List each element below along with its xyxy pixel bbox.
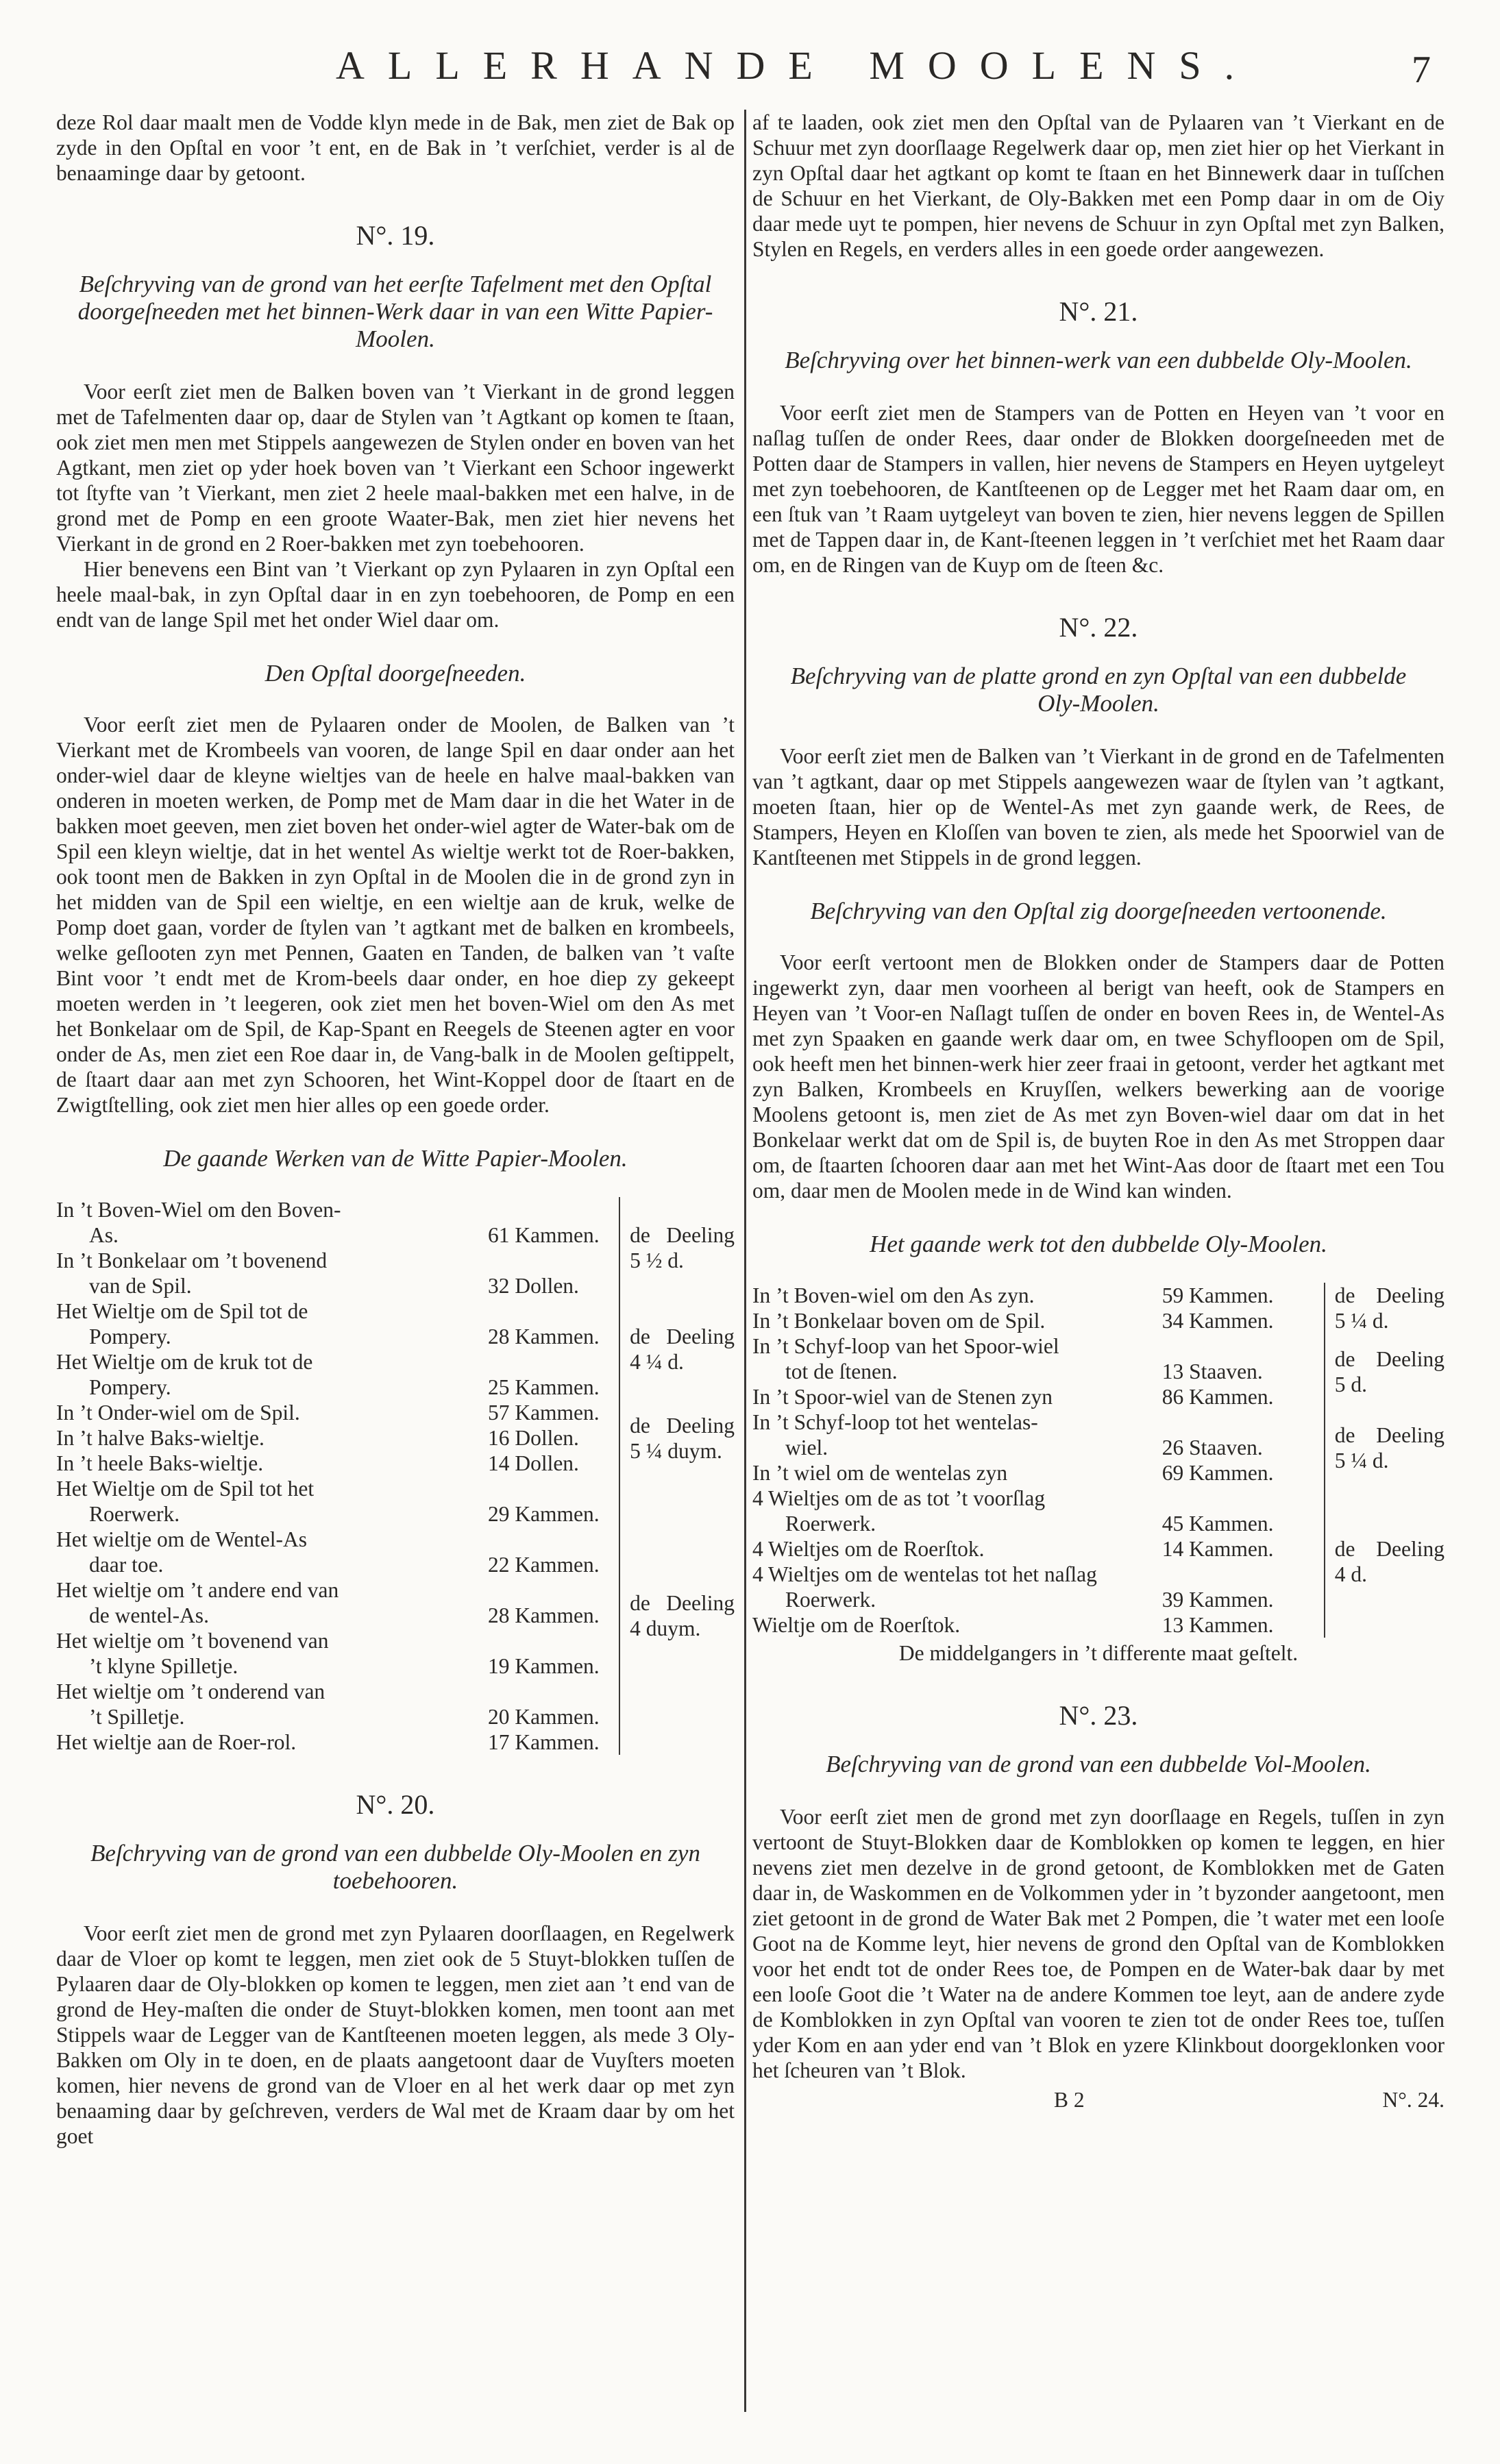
gear-desc: Het wieltje om ’t andere end van <box>56 1578 339 1602</box>
paragraph: Hier benevens een Bint van ’t Vierkant o… <box>56 556 735 632</box>
gear-row: Het Wieltje om de Spil tot dePompery. 28… <box>56 1298 735 1349</box>
gear-desc: In ’t Boven-wiel om den As zyn. <box>752 1283 1034 1307</box>
gear-count: 14 Kammen. <box>1162 1536 1303 1562</box>
page-number: 7 <box>1412 48 1431 92</box>
gear-desc-cont: Roerwerk. <box>56 1501 488 1527</box>
gear-desc-cont: wiel. <box>752 1435 1162 1460</box>
gear-count: 19 Kammen. <box>488 1628 600 1679</box>
brace <box>1303 1283 1325 1333</box>
gear-count: 57 Kammen. <box>488 1400 600 1425</box>
paragraph: Voor eerſt ziet men de Balken van ’t Vie… <box>752 743 1444 870</box>
gear-note: De middelgangers in ’t differente maat g… <box>752 1640 1444 1666</box>
page-footer: B 2 N°. 24. <box>752 2087 1444 2121</box>
catchword: N°. 24. <box>1383 2087 1444 2112</box>
gear-division: de Deeling 4 duym. <box>619 1476 735 1755</box>
section-heading-19: Beſchryving van de grond van het eerſte … <box>77 271 714 353</box>
subheading-opstal: Beſchryving van den Opſtal zig doorgeſne… <box>752 898 1444 925</box>
paragraph: Voor eerſt ziet men de Stampers van de P… <box>752 400 1444 578</box>
brace <box>600 1476 619 1755</box>
running-title: ALLERHANDE MOOLENS. <box>336 42 1257 88</box>
paragraph: Voor eerſt vertoont men de Blokken onder… <box>752 950 1444 1203</box>
gear-row: 4 Wieltjes om de as tot ’t voorſlagRoerw… <box>752 1486 1444 1536</box>
gear-desc-cont: As. <box>56 1222 488 1248</box>
gear-desc: Het wieltje om ’t bovenend van <box>56 1629 328 1653</box>
gear-desc: In ’t wiel om de wentelas zyn <box>752 1461 1007 1485</box>
paragraph: Voor eerſt ziet men de Balken boven van … <box>56 379 735 556</box>
gear-desc: In ’t heele Baks-wieltje. <box>56 1451 263 1475</box>
gear-desc: Het wieltje om ’t onderend van <box>56 1679 325 1703</box>
running-head: ALLERHANDE MOOLENS. 7 <box>0 42 1500 90</box>
gear-count: 28 Kammen. <box>488 1298 600 1349</box>
section-number-23: N°. 23. <box>752 1699 1444 1733</box>
gear-row: In ’t Schyf-loop van het Spoor-wieltot d… <box>752 1333 1444 1384</box>
gear-desc-cont: Pompery. <box>56 1324 488 1349</box>
section-number-19: N°. 19. <box>56 219 735 253</box>
gear-count: 69 Kammen. <box>1162 1460 1303 1486</box>
gear-division: de Deeling 4 d. <box>1325 1486 1444 1638</box>
gear-desc: In ’t Bonkelaar boven om de Spil. <box>752 1309 1045 1333</box>
section-number-21: N°. 21. <box>752 295 1444 329</box>
subheading-opstal: Den Opſtal doorgeſneeden. <box>56 660 735 687</box>
gear-desc-cont: Roerwerk. <box>752 1587 1162 1612</box>
intro-paragraph: deze Rol daar maalt men de Vodde klyn me… <box>56 110 735 186</box>
gear-count: 39 Kammen. <box>1162 1562 1303 1612</box>
gear-count: 14 Dollen. <box>488 1451 600 1476</box>
gear-count: 22 Kammen. <box>488 1527 600 1577</box>
gear-count: 13 Staaven. <box>1162 1333 1303 1384</box>
column-divider <box>744 110 746 2412</box>
paragraph: Voor eerſt ziet men de grond met zyn doo… <box>752 1804 1444 2083</box>
gear-desc: In ’t Schyf-loop van het Spoor-wiel <box>752 1334 1059 1358</box>
gear-desc: In ’t Boven-Wiel om den Boven- <box>56 1198 341 1222</box>
intro-paragraph: af te laaden, ook ziet men den Opſtal va… <box>752 110 1444 262</box>
gear-desc: Het Wieltje om de Spil tot de <box>56 1299 308 1323</box>
gear-count: 17 Kammen. <box>488 1729 600 1755</box>
gear-desc-cont: daar toe. <box>56 1552 488 1577</box>
gear-desc-cont: ’t Spilletje. <box>56 1704 488 1729</box>
section-number-20: N°. 20. <box>56 1788 735 1822</box>
gear-desc: In ’t halve Baks-wieltje. <box>56 1426 265 1450</box>
gear-count: 59 Kammen. <box>1162 1283 1303 1308</box>
brace <box>600 1298 619 1400</box>
paragraph: Voor eerſt ziet men de grond met zyn Pyl… <box>56 1921 735 2149</box>
gear-heading: De gaande Werken van de Witte Papier-Moo… <box>56 1145 735 1172</box>
brace <box>600 1400 619 1476</box>
left-column: deze Rol daar maalt men de Vodde klyn me… <box>56 110 735 2149</box>
section-heading-23: Beſchryving van de grond van een dubbeld… <box>773 1751 1424 1778</box>
gear-count: 45 Kammen. <box>1162 1486 1303 1536</box>
gear-division: de Deeling 5 d. <box>1325 1333 1444 1409</box>
section-number-22: N°. 22. <box>752 611 1444 645</box>
paragraph: Voor eerſt ziet men de Pylaaren onder de… <box>56 712 735 1118</box>
signature-mark: B 2 <box>1054 2087 1085 2112</box>
gear-count: 29 Kammen. <box>488 1476 600 1527</box>
gear-desc-cont: tot de ſtenen. <box>752 1359 1162 1384</box>
gear-row: In ’t Onder-wiel om de Spil. 57 Kammen. … <box>56 1400 735 1425</box>
gear-division: de Deeling 5 ¼ duym. <box>619 1400 735 1476</box>
gear-division: de Deeling 5 ¼ d. <box>1325 1409 1444 1486</box>
section-heading-20: Beſchryving van de grond van een dubbeld… <box>77 1840 714 1895</box>
gear-row: In ’t Schyf-loop tot het wentelas-wiel. … <box>752 1409 1444 1460</box>
gear-division: de Deeling 5 ½ d. <box>619 1197 735 1298</box>
gear-table-oly-moolen: In ’t Boven-wiel om den As zyn. 59 Kamme… <box>752 1283 1444 1638</box>
gear-row: In ’t Boven-Wiel om den Boven-As. 61 Kam… <box>56 1197 735 1248</box>
gear-desc: 4 Wieltjes om de as tot ’t voorſlag <box>752 1486 1045 1510</box>
brace <box>1303 1333 1325 1409</box>
gear-desc-cont: de wentel-As. <box>56 1603 488 1628</box>
gear-desc: Het Wieltje om de kruk tot de <box>56 1350 312 1374</box>
brace <box>600 1197 619 1298</box>
gear-desc: Wieltje om de Roerſtok. <box>752 1613 960 1637</box>
gear-desc-cont: van de Spil. <box>56 1273 488 1298</box>
gear-desc: Het Wieltje om de Spil tot het <box>56 1477 314 1501</box>
gear-desc: In ’t Onder-wiel om de Spil. <box>56 1401 300 1425</box>
gear-count: 61 Kammen. <box>488 1197 600 1248</box>
gear-desc: In ’t Schyf-loop tot het wentelas- <box>752 1410 1038 1434</box>
gear-count: 13 Kammen. <box>1162 1612 1303 1638</box>
gear-desc: 4 Wieltjes om de Roerſtok. <box>752 1537 984 1561</box>
gear-count: 86 Kammen. <box>1162 1384 1303 1409</box>
gear-table-papier-moolen: In ’t Boven-Wiel om den Boven-As. 61 Kam… <box>56 1197 735 1755</box>
gear-count: 32 Dollen. <box>488 1248 600 1298</box>
gear-count: 16 Dollen. <box>488 1425 600 1451</box>
right-column: af te laaden, ook ziet men den Opſtal va… <box>752 110 1444 2121</box>
gear-row: In ’t Boven-wiel om den As zyn. 59 Kamme… <box>752 1283 1444 1308</box>
brace <box>1303 1486 1325 1638</box>
gear-desc: In ’t Spoor-wiel van de Stenen zyn <box>752 1385 1053 1409</box>
gear-count: 25 Kammen. <box>488 1349 600 1400</box>
gear-count: 20 Kammen. <box>488 1679 600 1729</box>
gear-desc: In ’t Bonkelaar om ’t bovenend <box>56 1248 327 1272</box>
gear-desc: Het wieltje aan de Roer-rol. <box>56 1730 296 1754</box>
gear-count: 28 Kammen. <box>488 1577 600 1628</box>
section-heading-22: Beſchryving van de platte grond en zyn O… <box>773 663 1424 717</box>
book-page: ALLERHANDE MOOLENS. 7 deze Rol daar maal… <box>0 0 1500 2464</box>
gear-row: Het Wieltje om de Spil tot hetRoerwerk. … <box>56 1476 735 1527</box>
section-heading-21: Beſchryving over het binnen-werk van een… <box>773 347 1424 374</box>
gear-desc-cont: Roerwerk. <box>752 1511 1162 1536</box>
gear-count: 26 Staaven. <box>1162 1409 1303 1460</box>
gear-desc-cont: Pompery. <box>56 1375 488 1400</box>
gear-heading: Het gaande werk tot den dubbelde Oly-Moo… <box>752 1231 1444 1258</box>
gear-count: 34 Kammen. <box>1162 1308 1303 1333</box>
gear-desc: Het wieltje om de Wentel-As <box>56 1527 307 1551</box>
gear-desc-cont: ’t klyne Spilletje. <box>56 1653 488 1679</box>
brace <box>1303 1409 1325 1486</box>
gear-desc: 4 Wieltjes om de wentelas tot het naſlag <box>752 1562 1097 1586</box>
gear-division: de Deeling 4 ¼ d. <box>619 1298 735 1400</box>
gear-division: de Deeling 5 ¼ d. <box>1325 1283 1444 1333</box>
